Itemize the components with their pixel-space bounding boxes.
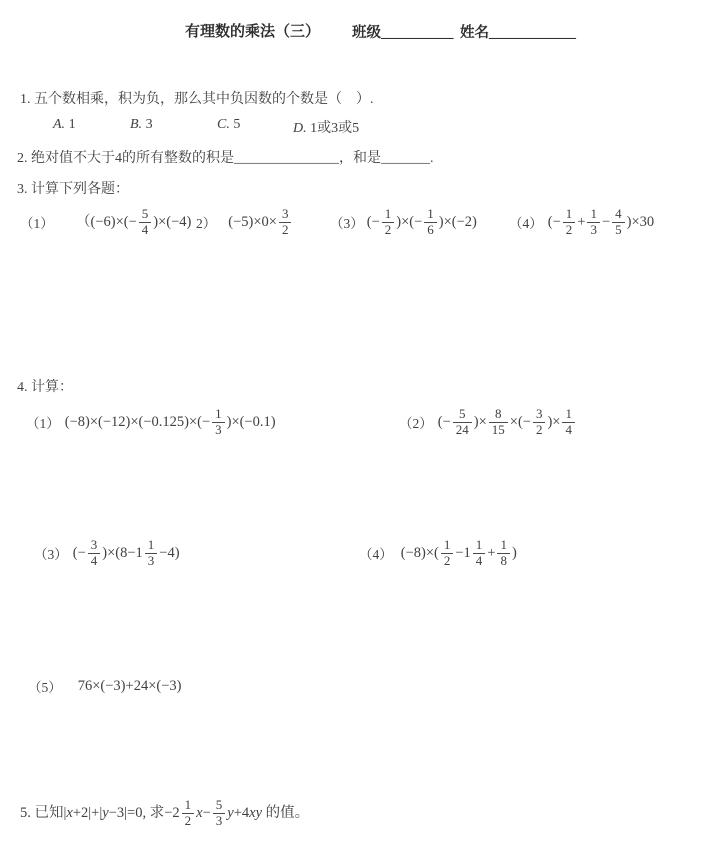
math-text: (−8)×( xyxy=(401,544,439,560)
math-text: 76×(−3)+24×(−3) xyxy=(78,678,182,694)
option-c-value: 5 xyxy=(230,117,241,132)
q3-item-2: 2） (−5)×0×32 xyxy=(196,200,293,244)
fraction: 32 xyxy=(279,207,292,238)
math-text: +4 xyxy=(234,804,249,820)
q4-item-2-expr: (−524)×815×(−32)×14 xyxy=(438,407,577,438)
option-a-letter: A. xyxy=(53,117,65,132)
math-text: （(−6)×(− xyxy=(76,213,137,229)
fraction: 54 xyxy=(139,207,152,238)
option-b-value: 3 xyxy=(142,117,153,132)
option-d-letter: D. xyxy=(293,121,307,136)
q4-item-5: （5） 76×(−3)+24×(−3) xyxy=(28,674,181,698)
option-c: C. 5 xyxy=(217,117,240,133)
math-text: ×(− xyxy=(510,413,531,429)
math-text: (−8)×(−12)×(−0.125)×(− xyxy=(65,413,210,429)
math-text: )×(8−1 xyxy=(102,544,143,560)
fraction: 18 xyxy=(497,538,510,569)
option-a-value: 1 xyxy=(65,117,76,132)
math-text: )× xyxy=(474,413,487,429)
q4-item-5-label: （5） xyxy=(28,676,62,696)
option-a: A. 1 xyxy=(53,117,76,133)
q3-item-3-label: （3） xyxy=(330,212,364,232)
math-text: 5. 已知| xyxy=(20,804,66,820)
fraction: 45 xyxy=(612,207,625,238)
math-text: (− xyxy=(367,213,380,229)
fraction: 13 xyxy=(212,407,225,438)
q3-item-3: （3） (−12)×(−16)×(−2) xyxy=(330,200,477,244)
option-d-value: 1或3或5 xyxy=(307,121,360,136)
fraction: 12 xyxy=(563,207,576,238)
option-b: B. 3 xyxy=(130,117,153,133)
question-5: 5. 已知|x+2|+|y−3|=0, 求−212x−53y+4xy 的值。 xyxy=(20,791,309,835)
q4-item-3: （3） (−34)×(8−113−4) xyxy=(34,531,180,575)
question-4-heading: 4. 计算： xyxy=(17,376,73,396)
fraction: 16 xyxy=(424,207,437,238)
q4-item-1-label: （1） xyxy=(26,412,60,432)
math-text: (− xyxy=(73,544,86,560)
math-text: − xyxy=(203,804,211,820)
fraction: 815 xyxy=(489,407,508,438)
question-3-heading: 3. 计算下列各题： xyxy=(17,178,129,198)
math-text: )×(−4) xyxy=(153,213,191,229)
math-expression: （(−6)×(−54)×(−4) xyxy=(76,207,191,238)
q4-item-3-label: （3） xyxy=(34,543,68,563)
q3-item-4-label: （4） xyxy=(509,212,543,232)
math-text: )×(−0.1) xyxy=(227,413,276,429)
q4-item-4: （4） (−8)×(12−114+18) xyxy=(359,531,517,575)
fraction: 12 xyxy=(441,538,454,569)
q3-item-4-expr: (−12+13−45)×30 xyxy=(548,207,654,238)
page-title: 有理数的乘法（三） xyxy=(185,20,320,41)
fraction: 13 xyxy=(587,207,600,238)
name-field: 姓名____________ xyxy=(460,21,576,42)
fraction: 34 xyxy=(88,538,101,569)
math-text: )×(− xyxy=(396,213,422,229)
q4-item-1-expr: (−8)×(−12)×(−0.125)×(−13)×(−0.1) xyxy=(65,407,276,438)
math-text: )×30 xyxy=(627,213,655,229)
fraction: 13 xyxy=(145,538,158,569)
fraction: 12 xyxy=(382,207,395,238)
worksheet-page: 有理数的乘法（三） 班级__________ 姓名____________ 1.… xyxy=(0,0,701,851)
question-2-text: 2. 绝对值不大于4的所有整数的积是_______________，和是____… xyxy=(17,147,434,167)
q4-item-2-label: （2） xyxy=(399,412,433,432)
question-1-text: 1. 五个数相乘，积为负，那么其中负因数的个数是（ ）. xyxy=(20,88,374,108)
math-text: −4) xyxy=(159,544,179,560)
option-c-letter: C. xyxy=(217,117,230,132)
q3-item-1-expr: （(−6)×(−54)×(−4) xyxy=(76,200,191,244)
q4-item-2: （2） (−524)×815×(−32)×14 xyxy=(399,400,577,444)
q4-item-4-expr: (−8)×(12−114+18) xyxy=(401,538,517,569)
math-variable: xy xyxy=(249,804,262,820)
fraction: 12 xyxy=(182,798,195,829)
q4-item-3-expr: (−34)×(8−113−4) xyxy=(73,538,180,569)
fraction: 524 xyxy=(453,407,472,438)
math-text: (− xyxy=(548,213,561,229)
fraction: 14 xyxy=(473,538,486,569)
math-text: )×(−2) xyxy=(439,213,477,229)
class-field: 班级__________ xyxy=(352,21,454,42)
q3-item-2-label: 2） xyxy=(196,212,216,232)
option-d: D. 1或3或5 xyxy=(293,117,359,137)
math-text: 的值。 xyxy=(262,804,309,820)
q3-item-3-expr: (−12)×(−16)×(−2) xyxy=(367,207,477,238)
math-text: − xyxy=(602,213,610,229)
math-text: ) xyxy=(512,544,517,560)
math-text: +2|+| xyxy=(73,804,102,820)
math-text: (−5)×0× xyxy=(228,213,277,229)
question-5-expr: 5. 已知|x+2|+|y−3|=0, 求−212x−53y+4xy 的值。 xyxy=(20,798,309,829)
math-text: −1 xyxy=(455,544,470,560)
q3-item-2-expr: (−5)×0×32 xyxy=(228,207,293,238)
option-b-letter: B. xyxy=(130,117,142,132)
math-text: (− xyxy=(438,413,451,429)
q3-item-4: （4） (−12+13−45)×30 xyxy=(509,200,654,244)
fraction: 14 xyxy=(562,407,575,438)
math-text: + xyxy=(487,544,495,560)
fraction: 32 xyxy=(533,407,546,438)
q3-item-1-label: （1） xyxy=(20,200,54,244)
fraction: 53 xyxy=(213,798,226,829)
q4-item-4-label: （4） xyxy=(359,543,393,563)
math-text: + xyxy=(577,213,585,229)
q4-item-5-expr: 76×(−3)+24×(−3) xyxy=(78,678,182,695)
math-text: −3|=0, 求−2 xyxy=(109,804,180,820)
q4-item-1: （1） (−8)×(−12)×(−0.125)×(−13)×(−0.1) xyxy=(26,400,276,444)
math-text: )× xyxy=(547,413,560,429)
